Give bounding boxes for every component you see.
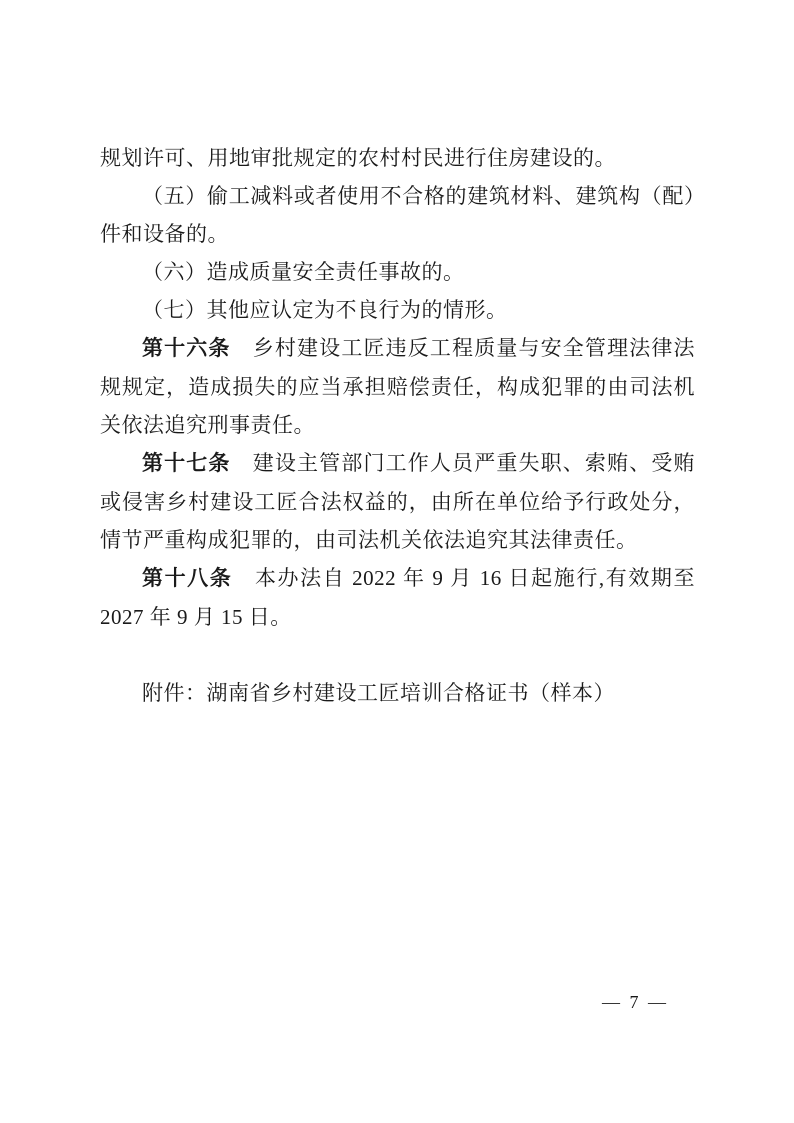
article-16: 第十六条 乡村建设工匠违反工程质量与安全管理法律法规规定，造成损失的应当承担赔偿…: [100, 329, 695, 444]
attachment-note: 附件：湖南省乡村建设工匠培训合格证书（样本）: [100, 674, 695, 712]
article-number: 第十七条: [142, 452, 231, 475]
article-17: 第十七条 建设主管部门工作人员严重失职、索贿、受贿或侵害乡村建设工匠合法权益的，…: [100, 444, 695, 559]
article-number: 第十八条: [142, 567, 232, 590]
paragraph-text: 规划许可、用地审批规定的农村村民进行住房建设的。: [100, 146, 616, 170]
paragraph-text: （七）其他应认定为不良行为的情形。: [142, 298, 508, 322]
document-body: 规划许可、用地审批规定的农村村民进行住房建设的。（五）偷工减料或者使用不合格的建…: [100, 139, 695, 712]
clause-item-6: （六）造成质量安全责任事故的。: [100, 253, 695, 291]
document-page: 规划许可、用地审批规定的农村村民进行住房建设的。（五）偷工减料或者使用不合格的建…: [0, 0, 794, 1123]
clause-continuation: 规划许可、用地审批规定的农村村民进行住房建设的。: [100, 139, 695, 177]
paragraph-text: （六）造成质量安全责任事故的。: [142, 260, 465, 284]
paragraph-text: （五）偷工减料或者使用不合格的建筑材料、建筑构（配）件和设备的。: [100, 184, 695, 246]
article-18: 第十八条 本办法自 2022 年 9 月 16 日起施行,有效期至 2027 年…: [100, 559, 695, 636]
article-number: 第十六条: [142, 337, 231, 360]
clause-item-5: （五）偷工减料或者使用不合格的建筑材料、建筑构（配）件和设备的。: [100, 177, 695, 253]
page-number: — 7 —: [602, 992, 666, 1012]
paragraph-text: 附件：湖南省乡村建设工匠培训合格证书（样本）: [142, 681, 615, 705]
clause-item-7: （七）其他应认定为不良行为的情形。: [100, 291, 695, 329]
page-footer: — 7 —: [602, 992, 666, 1013]
